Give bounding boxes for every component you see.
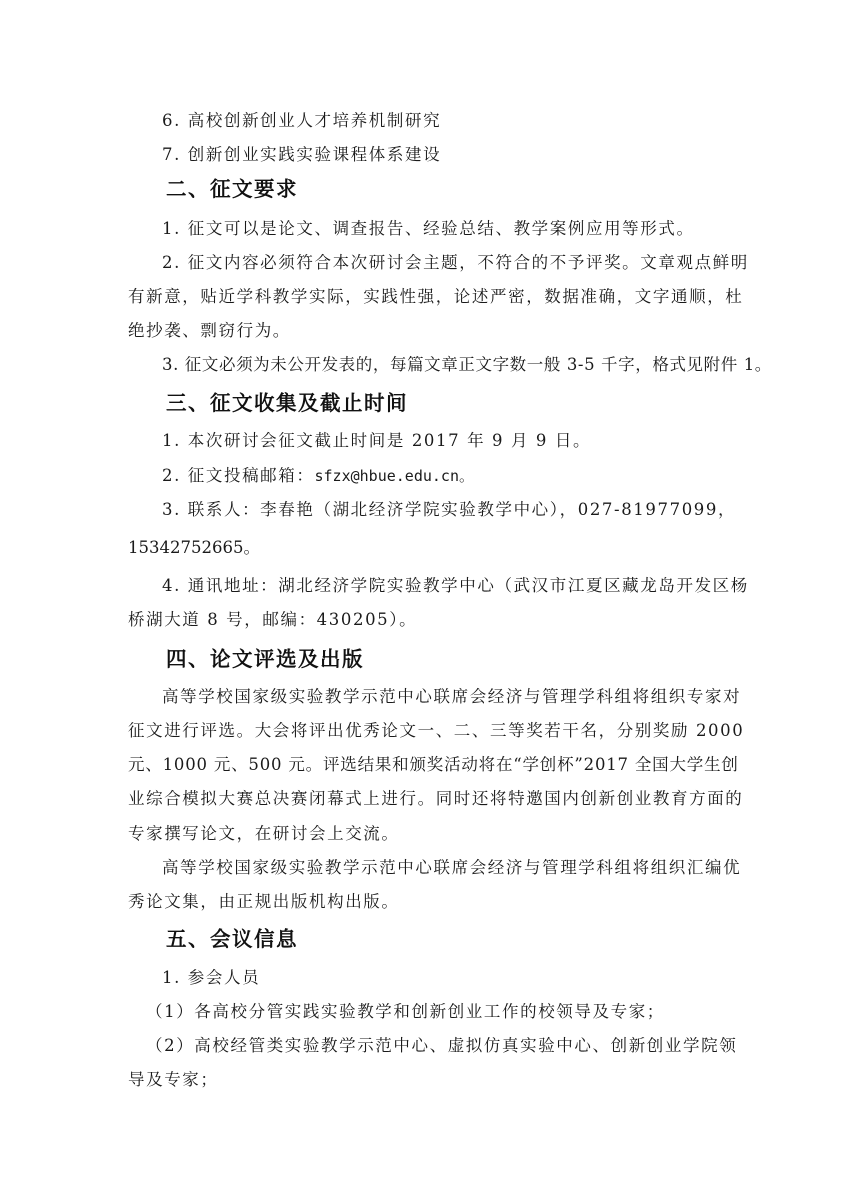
paragraph-line: （2）高校经管类实验教学示范中心、虚拟仿真实验中心、创新创业学院领 <box>146 1036 736 1056</box>
paragraph-line: 专家撰写论文，在研讨会上交流。 <box>128 824 718 844</box>
paragraph-line: 导及专家； <box>128 1070 718 1090</box>
paragraph-line: 征文进行评选。大会将评出优秀论文一、二、三等奖若干名，分别奖励 2000 <box>128 721 718 741</box>
paragraph-line: 15342752665。 <box>128 538 718 558</box>
paragraph-line: 1. 征文可以是论文、调查报告、经验总结、教学案例应用等形式。 <box>162 219 752 239</box>
paragraph-line: 有新意，贴近学科教学实际，实践性强，论述严密，数据准确，文字通顺，杜 <box>128 287 718 307</box>
paragraph-line: 秀论文集，由正规出版机构出版。 <box>128 892 718 912</box>
paragraph-line: 绝抄袭、剽窃行为。 <box>128 321 718 341</box>
paragraph-line: 高等学校国家级实验教学示范中心联席会经济与管理学科组将组织专家对 <box>162 687 752 707</box>
paragraph-line: 2. 征文投稿邮箱：sfzx@hbue.edu.cn。 <box>162 466 752 486</box>
paragraph-line: 3. 征文必须为未公开发表的，每篇文章正文字数一般 3-5 千字，格式见附件 1… <box>162 355 752 375</box>
paragraph-line: 2. 征文内容必须符合本次研讨会主题，不符合的不予评奖。文章观点鲜明 <box>162 253 752 273</box>
paragraph-line: 高等学校国家级实验教学示范中心联席会经济与管理学科组将组织汇编优 <box>162 858 752 878</box>
section-heading-conference-info: 五、会议信息 <box>166 927 298 951</box>
section-heading-requirements: 二、征文要求 <box>166 177 298 201</box>
section-heading-review: 四、论文评选及出版 <box>166 647 364 671</box>
paragraph-line: 桥湖大道 8 号，邮编：430205）。 <box>128 610 718 630</box>
paragraph-line: 元、1000 元、500 元。评选结果和颁奖活动将在“学创杯”2017 全国大学… <box>128 755 718 775</box>
email-label: 2. 征文投稿邮箱： <box>162 466 315 485</box>
paragraph-line: 1. 参会人员 <box>162 968 752 988</box>
paragraph-line: 3. 联系人：李春艳（湖北经济学院实验教学中心），027-81977099， <box>162 500 752 520</box>
paragraph-line: 1. 本次研讨会征文截止时间是 2017 年 9 月 9 日。 <box>162 431 752 451</box>
topic-item-7: 7. 创新创业实践实验课程体系建设 <box>162 145 752 165</box>
paragraph-line: 4. 通讯地址：湖北经济学院实验教学中心（武汉市江夏区藏龙岛开发区杨 <box>162 576 752 596</box>
paragraph-line: （1）各高校分管实践实验教学和创新创业工作的校领导及专家； <box>146 1002 736 1022</box>
paragraph-line: 业综合模拟大赛总决赛闭幕式上进行。同时还将特邀国内创新创业教育方面的 <box>128 789 718 809</box>
email-address: sfzx@hbue.edu.cn。 <box>315 467 475 485</box>
section-heading-deadline: 三、征文收集及截止时间 <box>166 391 408 415</box>
topic-item-6: 6. 高校创新创业人才培养机制研究 <box>162 111 752 131</box>
